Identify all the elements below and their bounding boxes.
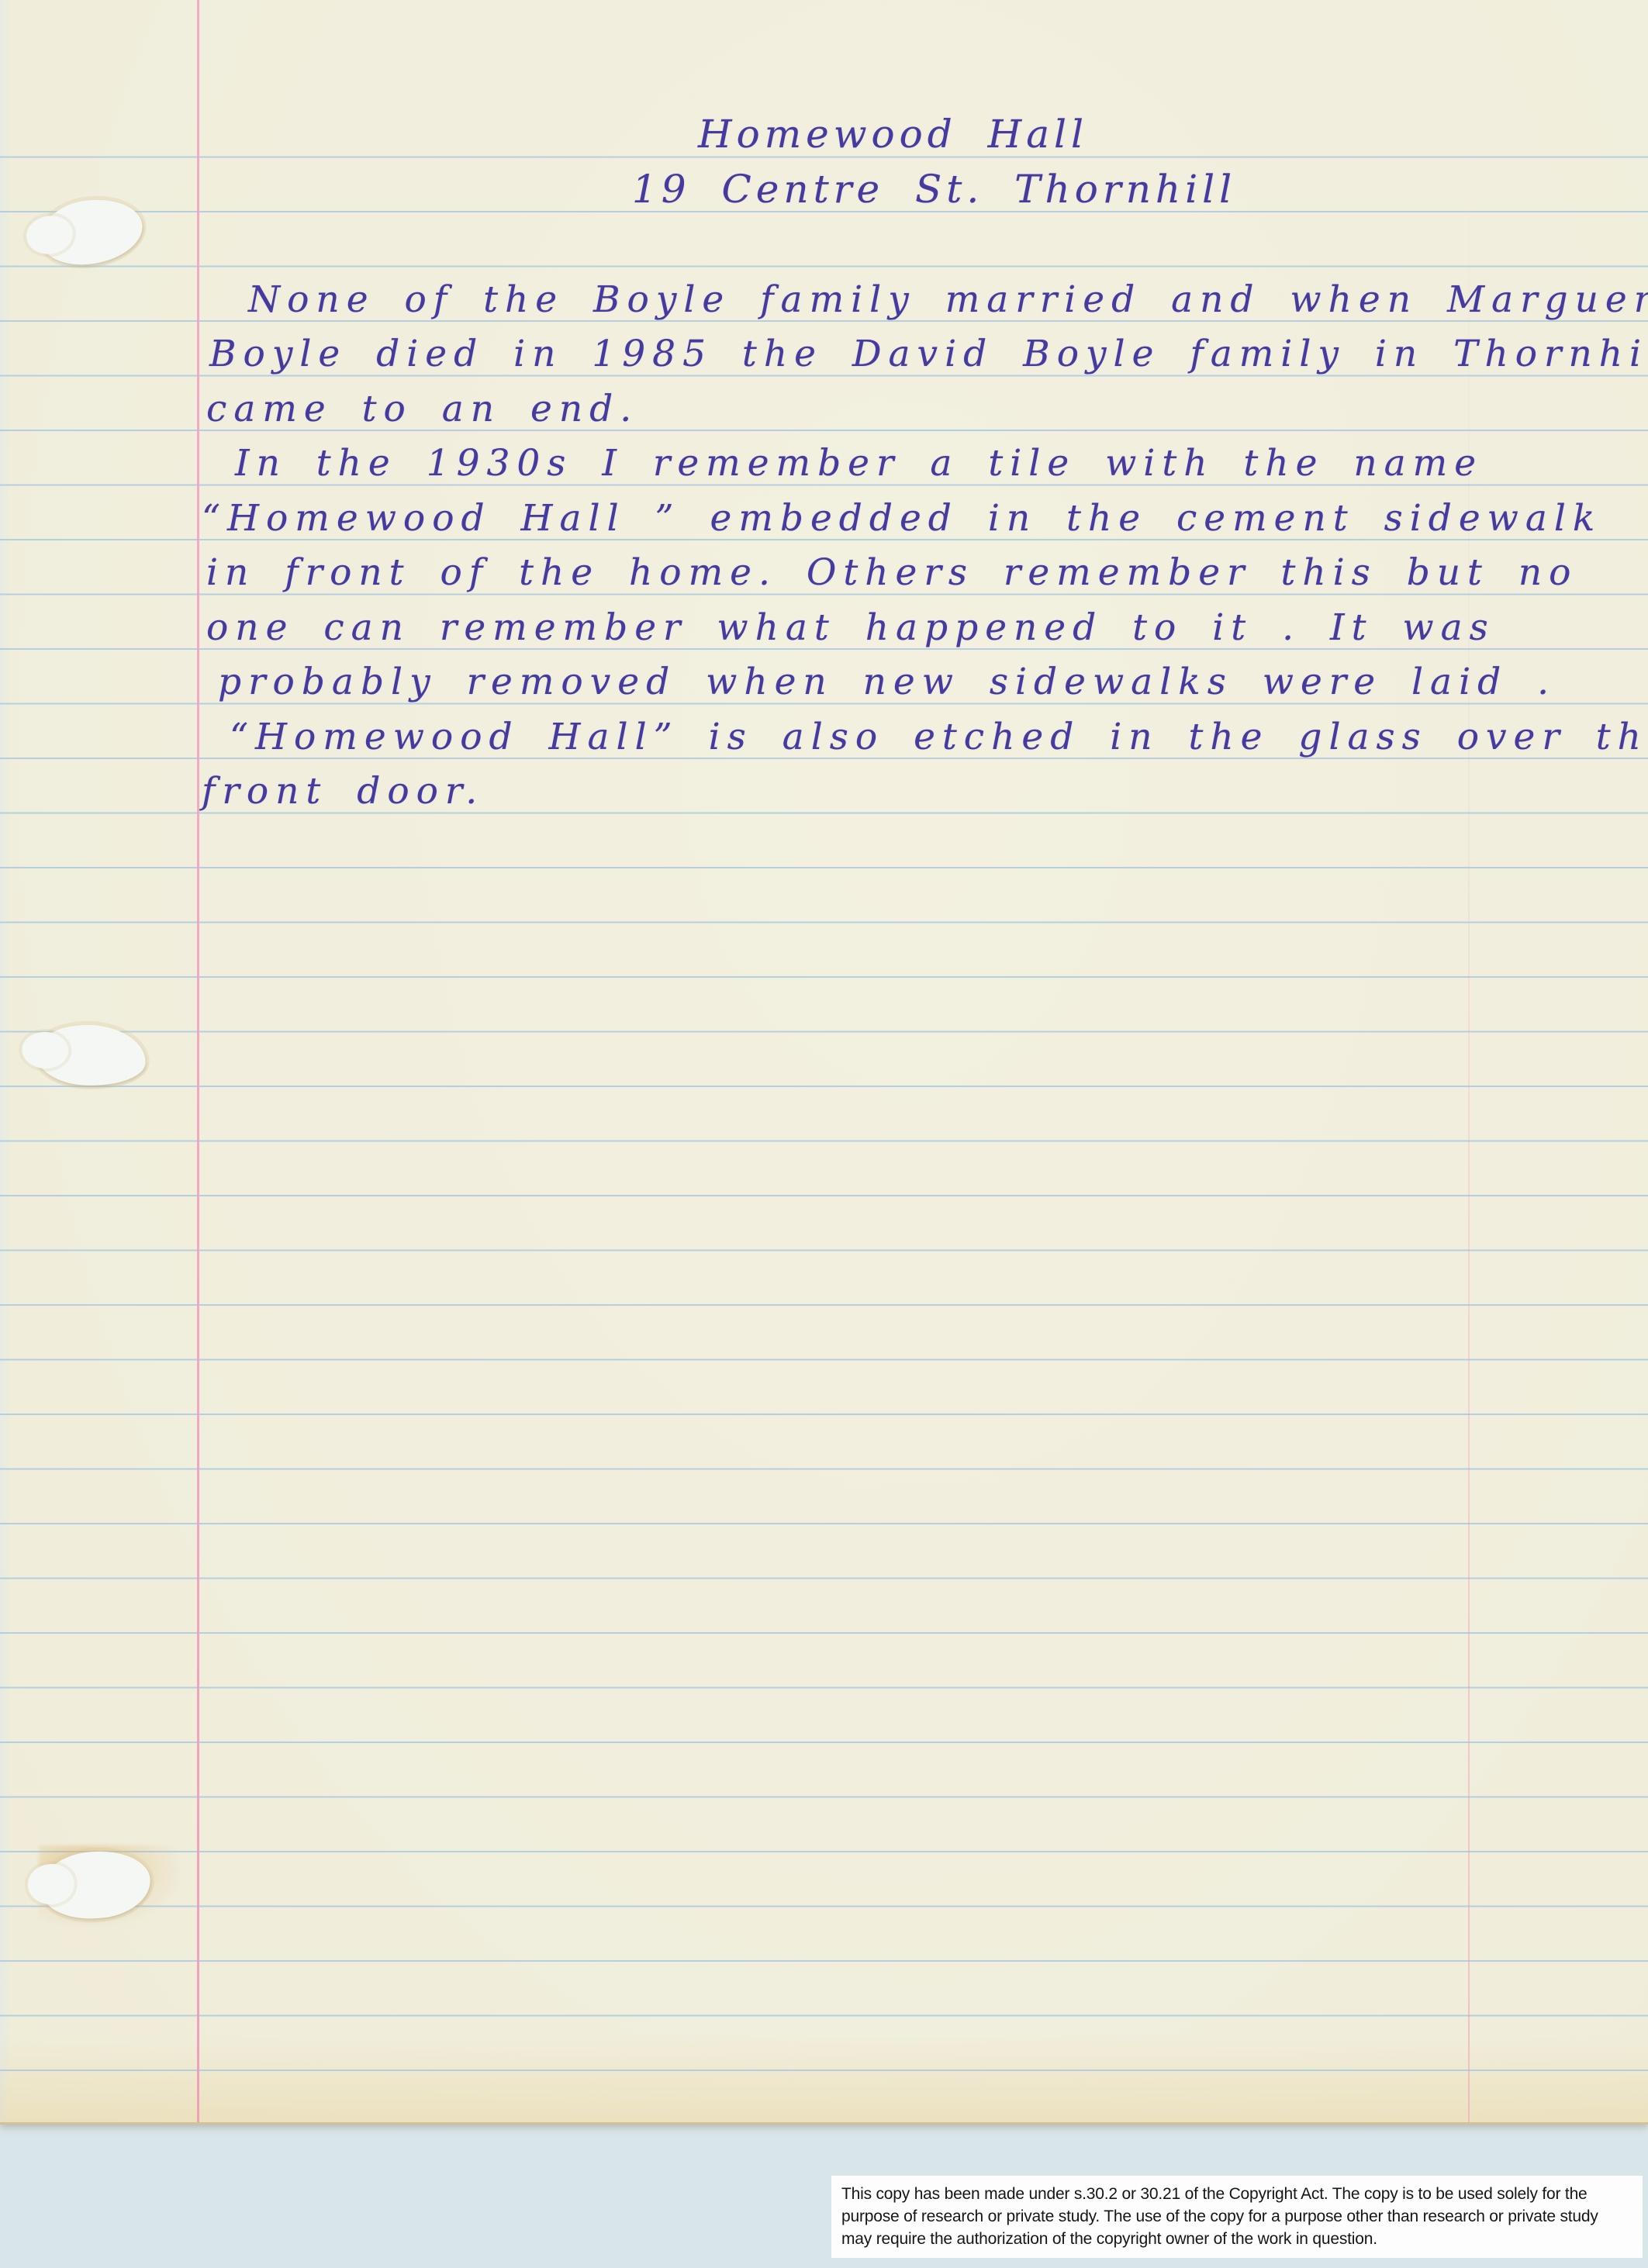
- scan-background: Homewood Hall19 Centre St. ThornhillNone…: [0, 0, 1648, 2268]
- handwritten-line: in front of the home. Others remember th…: [206, 549, 1577, 594]
- copyright-notice: This copy has been made under s.30.2 or …: [831, 2176, 1643, 2258]
- handwritten-line: “Homewood Hall ” embedded in the cement …: [202, 495, 1601, 540]
- handwritten-line: In the 1930s I remember a tile with the …: [235, 440, 1483, 485]
- handwritten-line: “Homewood Hall” is also etched in the gl…: [230, 713, 1648, 758]
- handwritten-line: probably removed when new sidewalks were…: [218, 658, 1556, 703]
- left-margin-line: [197, 0, 199, 2122]
- notebook-page: Homewood Hall19 Centre St. ThornhillNone…: [0, 0, 1648, 2125]
- handwritten-line: None of the Boyle family married and whe…: [248, 276, 1648, 321]
- handwritten-line: Boyle died in 1985 the David Boyle famil…: [209, 330, 1648, 375]
- handwritten-line: 19 Centre St. Thornhill: [632, 167, 1236, 212]
- handwritten-line: front door.: [202, 768, 484, 813]
- copyright-notice-text: This copy has been made under s.30.2 or …: [841, 2183, 1632, 2250]
- handwritten-line: came to an end.: [206, 385, 638, 430]
- handwritten-line: one can remember what happened to it . I…: [206, 604, 1495, 649]
- handwritten-line: Homewood Hall: [698, 112, 1088, 157]
